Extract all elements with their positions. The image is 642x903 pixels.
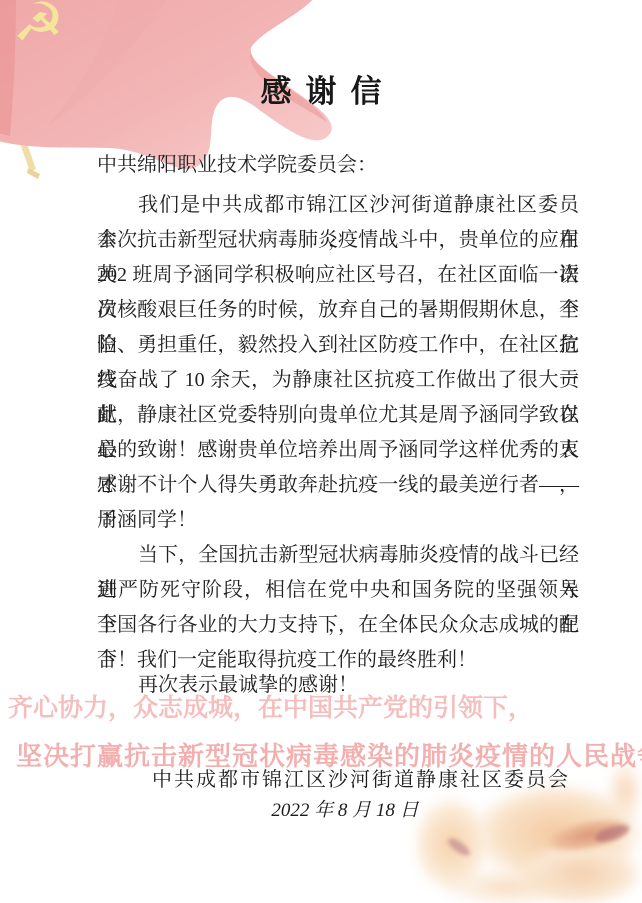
letter-line: 险、勇担重任，毅然投入到社区防疫工作中，在社区抗疫一 — [97, 328, 579, 363]
watercolor-accent — [445, 835, 472, 858]
letter-line: 感谢不计个人得失勇敢奔赴抗疫一线的最美逆行者——周 — [97, 468, 579, 503]
watermark-line-1: 齐心协力，众志成城，在中国共产党的引领下， — [8, 688, 533, 724]
letter-line: 我们是中共成都市锦江区沙河街道静康社区委员会，在 — [97, 188, 579, 223]
letter-line: 202 班周予涵同学积极响应社区号召，在社区面临一次次全 — [97, 258, 579, 293]
letter-line: 此，静康社区党委特别向贵单位尤其是周予涵同学致以最衷 — [97, 398, 579, 433]
letter-line: 当下，全国抗击新型冠状病毒肺炎疫情的战斗已经进入 — [97, 538, 579, 573]
letter-line: 心的致谢！感谢贵单位培养出周予涵同学这样优秀的人才， — [97, 433, 579, 468]
watercolor-accent — [593, 822, 631, 845]
letter-body: 中共绵阳职业技术学院委员会： 我们是中共成都市锦江区沙河街道静康社区委员会，在 … — [97, 150, 579, 703]
thank-you-letter-page: ☭ 感谢信 中共绵阳职业技术学院委员会： 我们是中共成都市锦江区沙河街道静康社区… — [0, 0, 642, 903]
letter-line: 予涵同学！ — [97, 503, 579, 538]
letter-line: 本次抗击新型冠状病毒肺炎疫情战斗中，贵单位的应用英语 — [97, 223, 579, 258]
letter-line: 全国各行各业的大力支持下，在全体民众众志成城的配合 — [97, 608, 579, 643]
watercolor-blob — [518, 842, 642, 903]
letter-line: 到严防死守阶段，相信在党中央和国务院的坚强领导下，在 — [97, 573, 579, 608]
watercolor-blob — [438, 866, 580, 903]
letter-line: 员核酸艰巨任务的时候，放弃自己的暑期假期休息，不怕危 — [97, 293, 579, 328]
letter-title: 感谢信 — [0, 66, 642, 111]
letter-date: 2022 年 8 月 18 日 — [48, 795, 642, 822]
signature: 中共成都市锦江区沙河街道静康社区委员会 — [80, 763, 642, 792]
letter-line: 线奋战了 10 余天，为静康社区抗疫工作做出了很大贡献。在 — [97, 363, 579, 398]
hammer-sickle-icon: ☭ — [11, 0, 67, 54]
salutation: 中共绵阳职业技术学院委员会： — [97, 150, 579, 188]
